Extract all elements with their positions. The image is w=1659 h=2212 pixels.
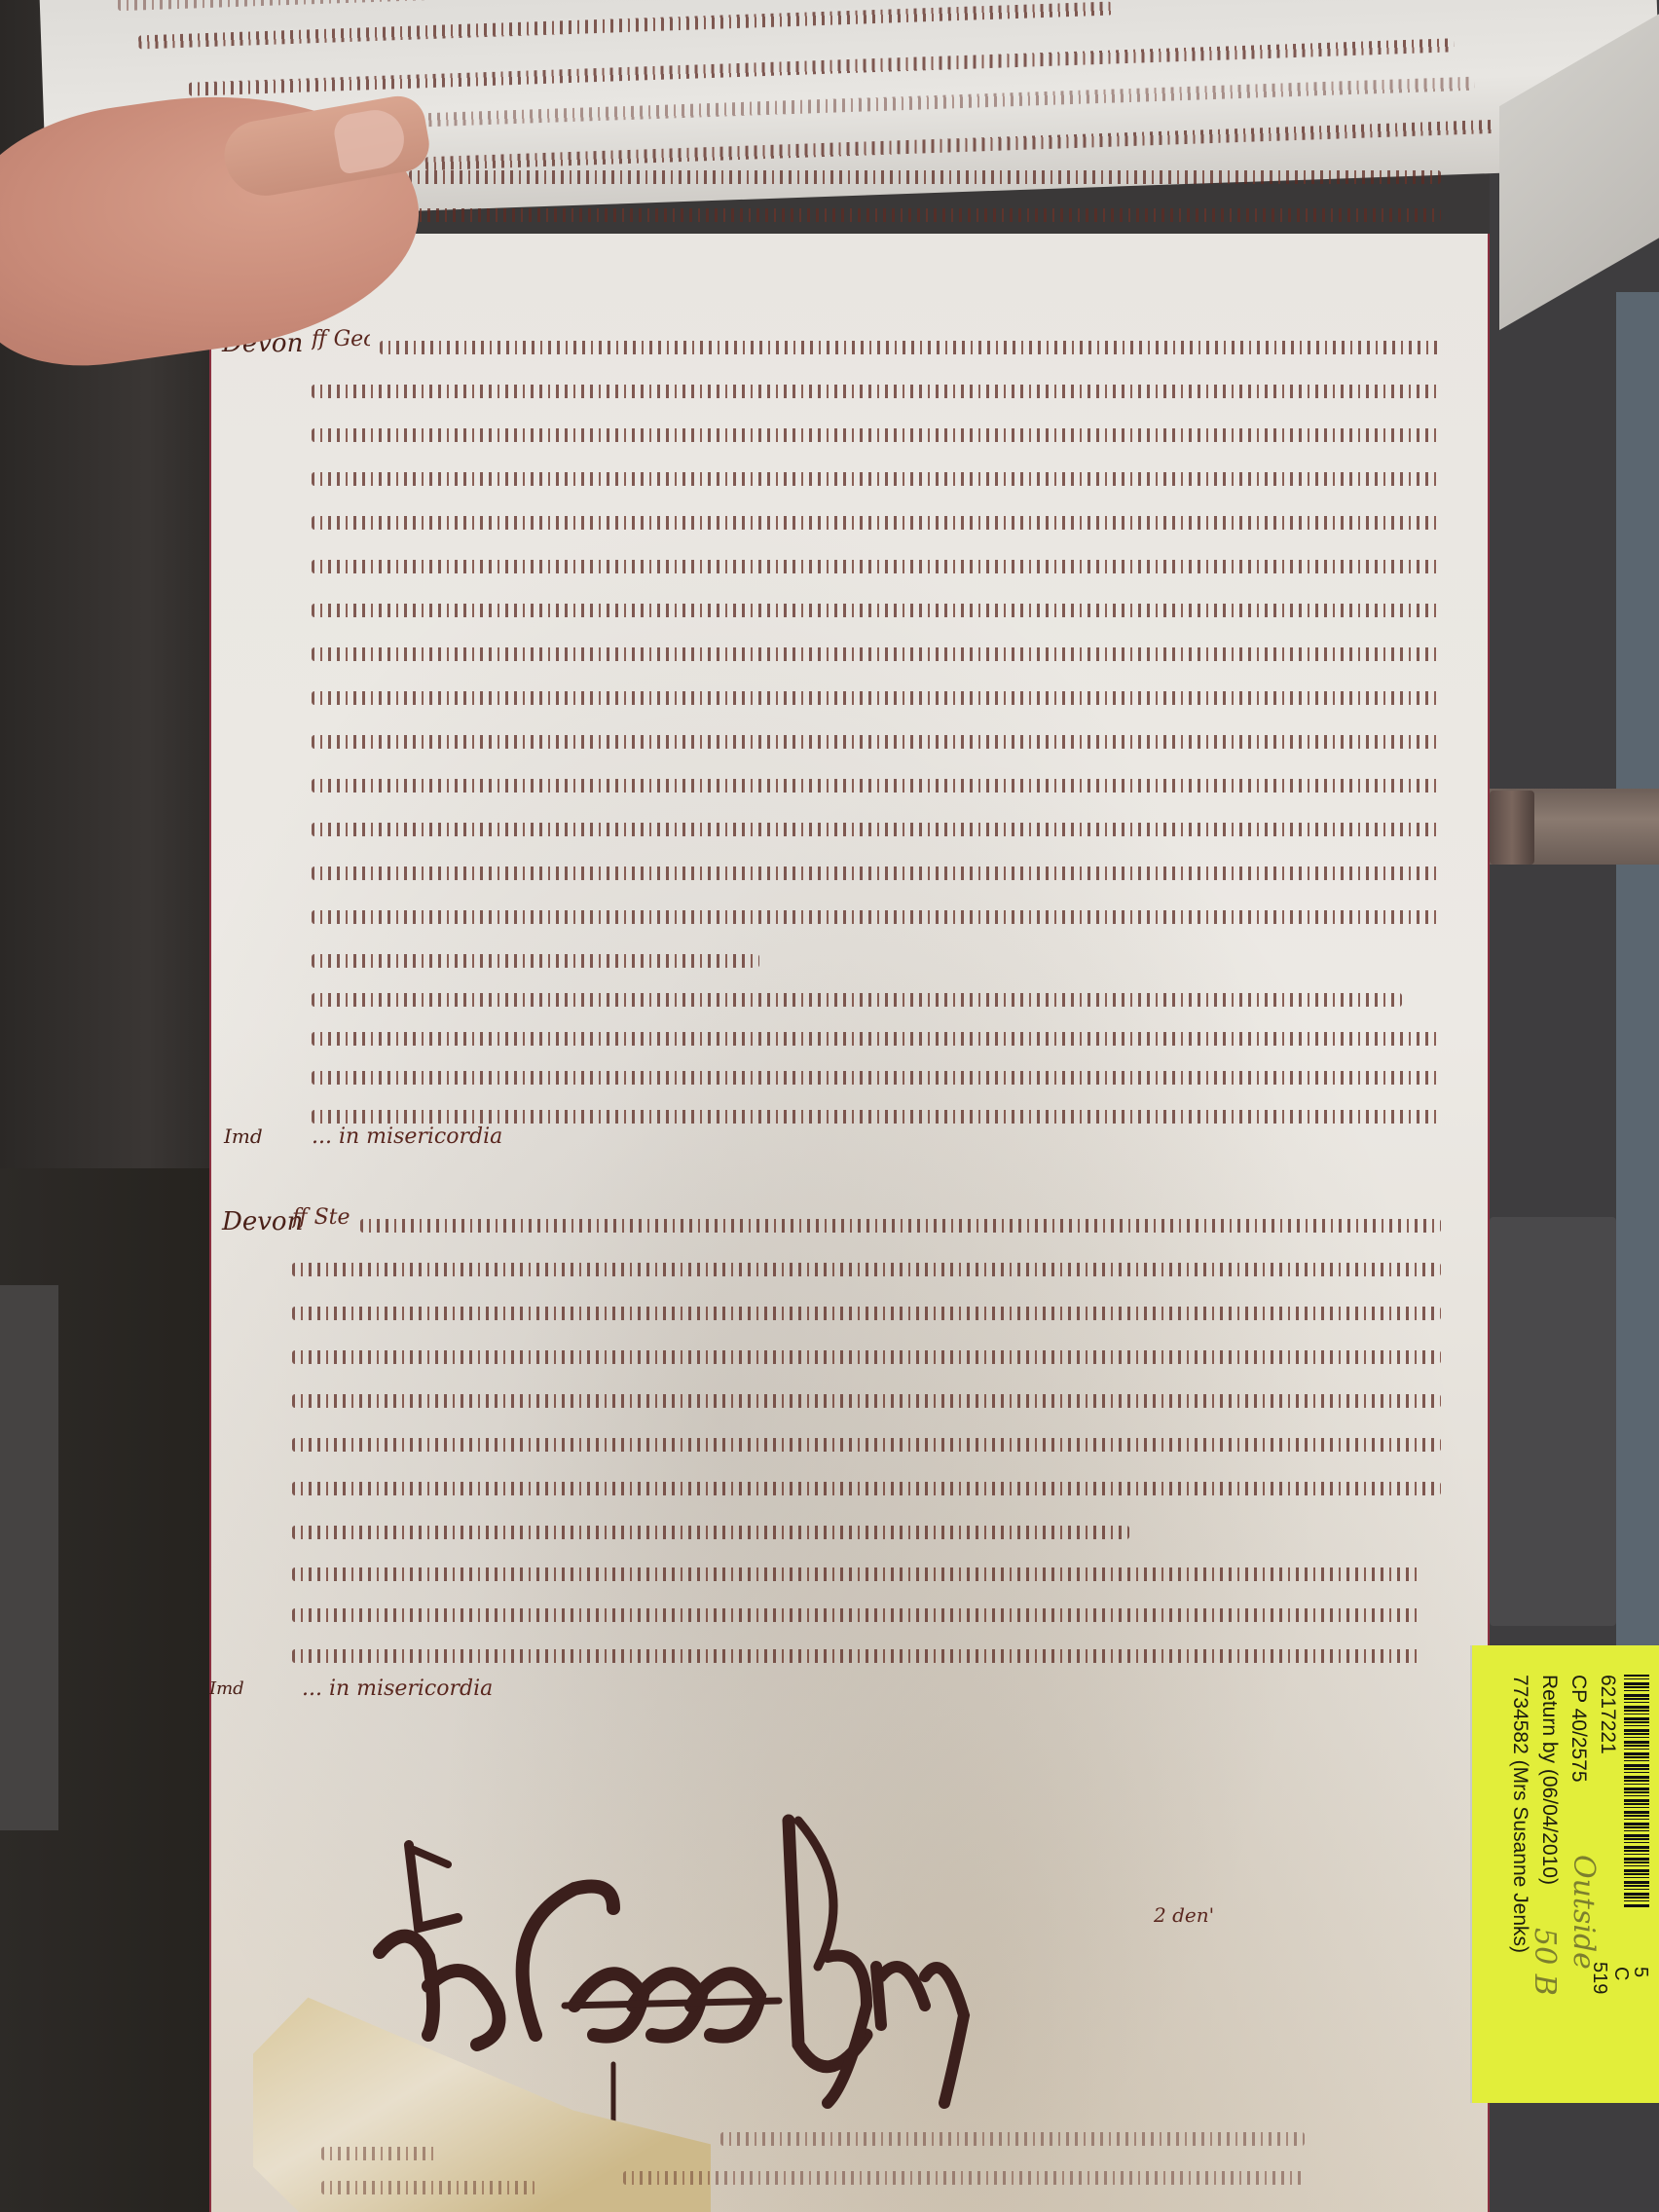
fee-annotation: 2 den' bbox=[1154, 1903, 1214, 1927]
margin-note-county: Devon bbox=[222, 1207, 303, 1236]
barcode bbox=[1624, 1675, 1649, 1908]
entry-closing: ... in misericordia bbox=[302, 1677, 711, 1701]
reader-ticket: 7734582 (Mrs Susanne Jenks) bbox=[1509, 1675, 1530, 1953]
entry-closing: ... in misericordia bbox=[312, 1124, 720, 1149]
entry-opening: ff Georgius ... bbox=[312, 327, 370, 351]
margin-note-imd: Imd bbox=[209, 1678, 244, 1699]
roll-rod-cap bbox=[1490, 791, 1534, 865]
margin-note-imd: Imd bbox=[224, 1124, 263, 1148]
document-production-slip: 5 C 519 6217221 CP 40/2575 Return by (06… bbox=[1472, 1645, 1659, 2103]
handwritten-code: 50 B bbox=[1528, 1928, 1562, 1996]
foam-block-right bbox=[1490, 1217, 1616, 1626]
side-code-2: C bbox=[1609, 1967, 1632, 1980]
document-reference: CP 40/2575 bbox=[1567, 1675, 1589, 1783]
handwritten-location: Outside bbox=[1567, 1855, 1601, 1970]
side-code-1: 5 bbox=[1629, 1967, 1651, 1977]
foam-block-left bbox=[0, 1285, 58, 1830]
return-date: Return by (06/04/2010) bbox=[1538, 1675, 1560, 1885]
entry-opening: ff Stephanus ... bbox=[292, 1205, 350, 1230]
table-edge bbox=[1616, 292, 1659, 1655]
barcode-number: 6217221 bbox=[1597, 1675, 1618, 1754]
